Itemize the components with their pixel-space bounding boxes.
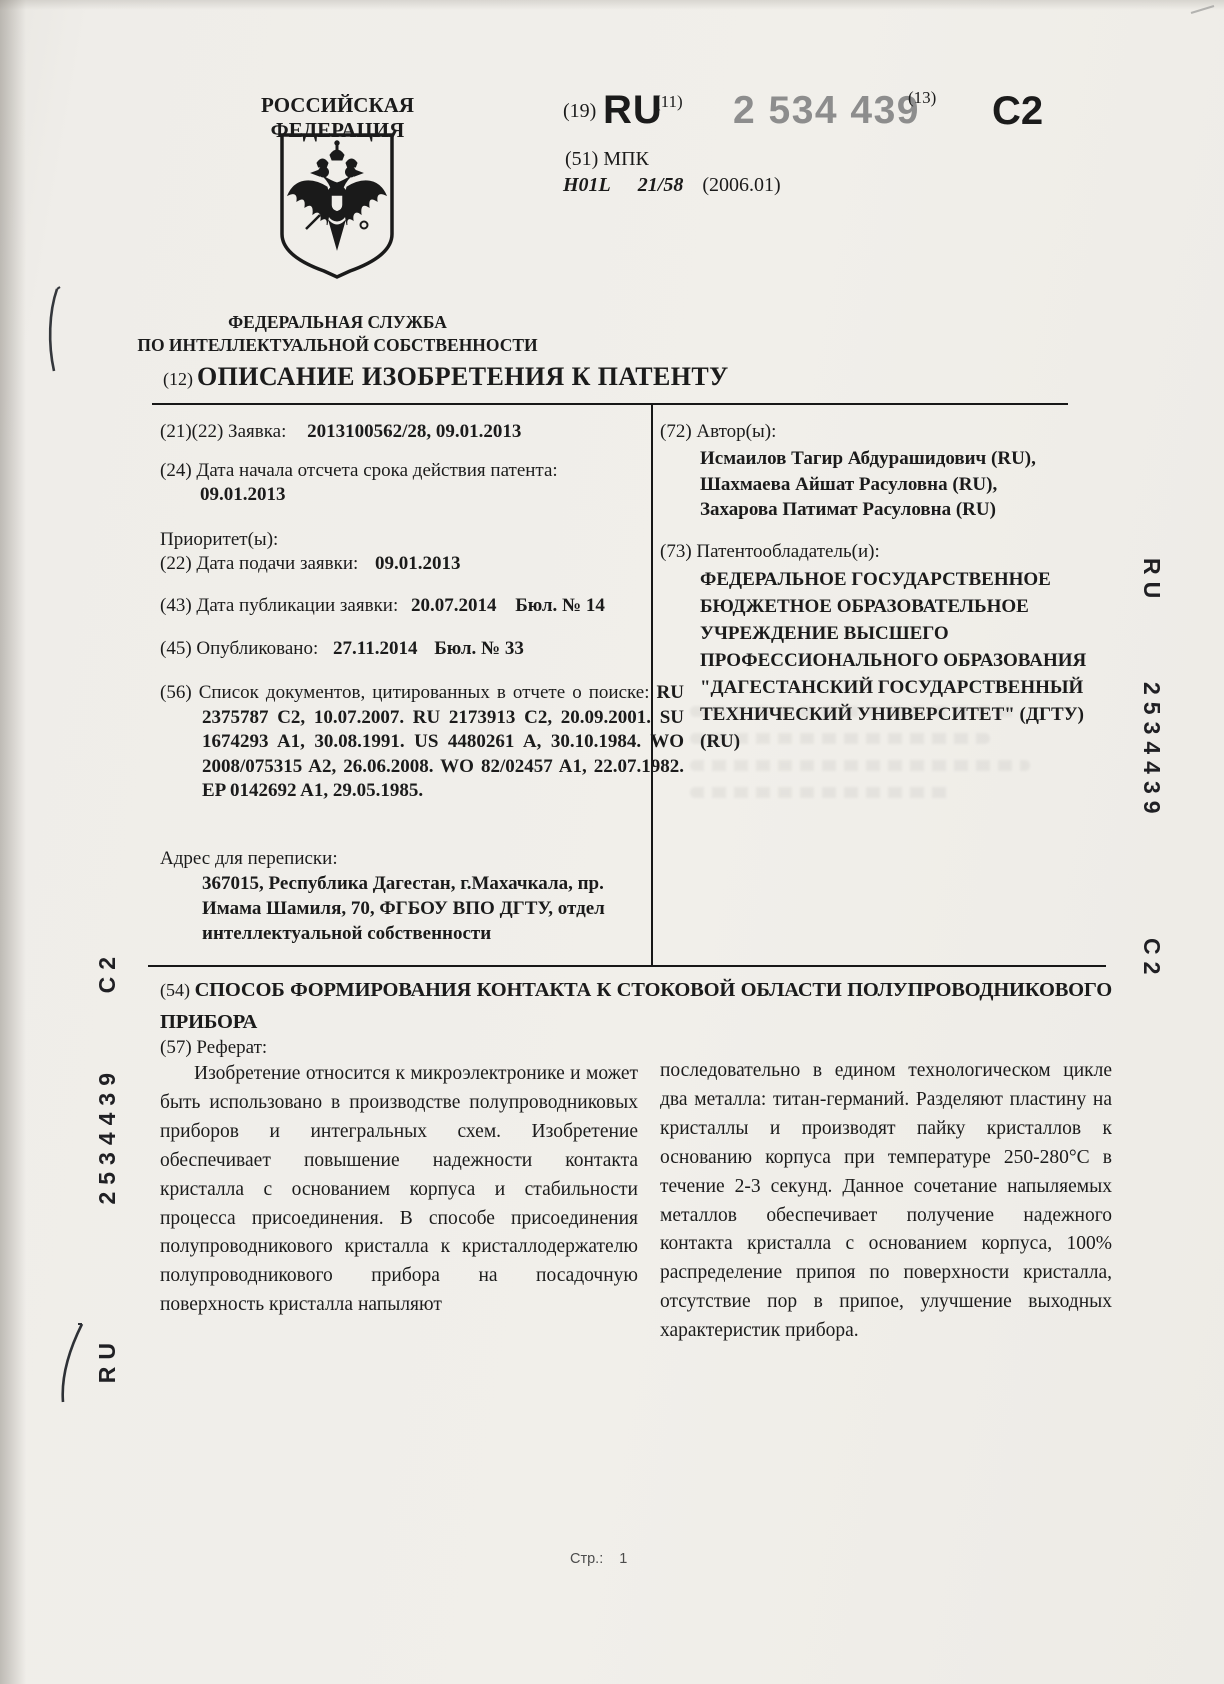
correspondence-address-value: 367015, Республика Дагестан, г.Махачкала… <box>202 871 650 946</box>
kind-code: C2 <box>992 89 1043 134</box>
filing-date-label: (22) Дата подачи заявки: <box>160 553 358 574</box>
published-bulletin: Бюл. № 33 <box>434 638 524 659</box>
author-name: Исмаилов Тагир Абдурашидович (RU), <box>700 446 1036 472</box>
application-publication-bulletin: Бюл. № 14 <box>515 595 605 616</box>
russia-coat-of-arms-icon <box>275 130 399 288</box>
margin-code-country-left: RU <box>94 1336 121 1383</box>
scan-bleedthrough-artifact <box>690 706 1040 814</box>
author-name: Захарова Патимат Расуловна (RU) <box>700 497 1036 523</box>
ipc-label: (51) МПК <box>565 148 649 171</box>
margin-code-number-right: 2534439 <box>1138 682 1165 821</box>
citations-label: (56) Список документов, цитированных в о… <box>160 682 657 703</box>
application-label: (21)(22) Заявка: <box>160 421 286 442</box>
correspondence-address-label: Адрес для переписки: <box>160 847 338 871</box>
invention-title: СПОСОБ ФОРМИРОВАНИЯ КОНТАКТА К СТОКОВОЙ … <box>160 979 1112 1033</box>
published-label: (45) Опубликовано: <box>160 638 318 659</box>
header-divider <box>152 403 1068 405</box>
patent-document-page: РОССИЙСКАЯ ФЕДЕРАЦИЯ <box>0 0 1224 1684</box>
published-date: 27.11.2014 <box>333 638 417 659</box>
ipc-group: 21/58 <box>638 174 684 196</box>
inid-11: (11) <box>655 92 683 112</box>
author-name: Шахмаева Айшат Расуловна (RU), <box>700 472 1036 498</box>
publication-number: 2 534 439 <box>733 89 920 133</box>
binding-mark-bottom <box>56 1322 86 1404</box>
priority-label: Приоритет(ы): <box>160 528 278 552</box>
corner-scan-mark <box>1190 2 1216 14</box>
margin-code-kind-left: C2 <box>94 950 121 993</box>
agency-name-line1: ФЕДЕРАЛЬНАЯ СЛУЖБА <box>205 312 470 333</box>
authors-label: (72) Автор(ы): <box>660 420 776 444</box>
margin-code-kind-right: C2 <box>1138 938 1165 981</box>
country-code: RU <box>603 88 663 133</box>
margin-code-country-right: RU <box>1138 558 1165 605</box>
inid-19: (19) <box>563 100 596 123</box>
abstract-column-right: последовательно в едином технологическом… <box>660 1057 1112 1346</box>
term-start-value: 09.01.2013 <box>200 483 286 507</box>
margin-code-number-left: 2534439 <box>94 1066 121 1205</box>
application-publication-date: 20.07.2014 <box>411 595 497 616</box>
scan-top-edge-shadow <box>0 0 1224 10</box>
patentee-label: (73) Патентообладатель(и): <box>660 540 880 564</box>
page-footer-value: 1 <box>619 1551 627 1567</box>
abstract-column-left: Изобретение относится к микроэлектронике… <box>160 1060 638 1320</box>
term-start-label: (24) Дата начала отсчета срока действия … <box>160 459 660 483</box>
abstract-label: (57) Реферат: <box>160 1037 267 1059</box>
application-publication-label: (43) Дата публикации заявки: <box>160 595 398 616</box>
inid-12: (12) <box>163 369 193 389</box>
application-value: 2013100562/28, 09.01.2013 <box>307 421 521 442</box>
ipc-code: H01L <box>563 174 611 196</box>
biblio-divider <box>148 965 1106 967</box>
inid-13: (13) <box>908 88 936 108</box>
agency-name-line2: ПО ИНТЕЛЛЕКТУАЛЬНОЙ СОБСТВЕННОСТИ <box>130 335 545 356</box>
ipc-version: (2006.01) <box>702 174 780 196</box>
filing-date-value: 09.01.2013 <box>375 553 461 574</box>
binding-mark-top <box>46 286 62 374</box>
inid-54: (54) <box>160 980 190 1000</box>
document-type-title: ОПИСАНИЕ ИЗОБРЕТЕНИЯ К ПАТЕНТУ <box>197 362 729 391</box>
page-footer-label: Стр.: <box>570 1551 603 1567</box>
scan-left-edge-shadow <box>0 0 26 1684</box>
